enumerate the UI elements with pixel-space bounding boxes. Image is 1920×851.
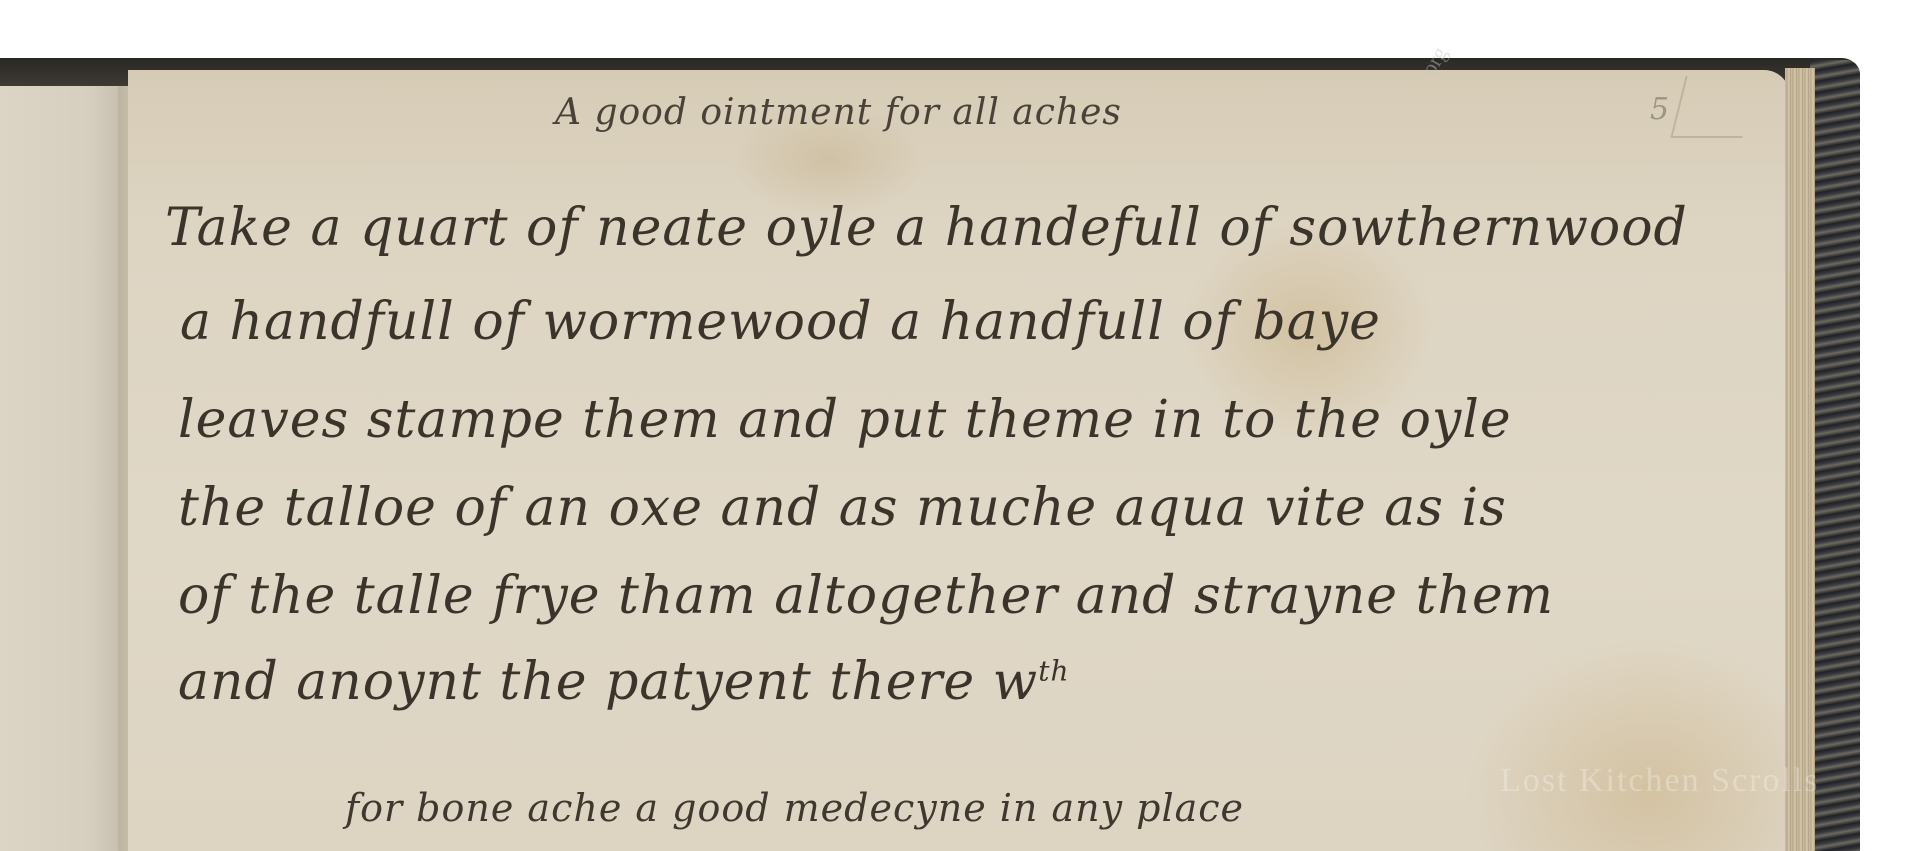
page-number: 5 bbox=[1650, 92, 1669, 127]
superscript-abbreviation: th bbox=[1038, 655, 1069, 688]
recipe-heading: A good ointment for all aches bbox=[555, 92, 1122, 133]
recipe-line-5: of the talle frye tham altogether and st… bbox=[178, 566, 1554, 626]
recipe-line-1: Take a quart of neate oyle a handefull o… bbox=[165, 198, 1688, 258]
page-block-edges bbox=[1785, 68, 1815, 851]
recipe-line-6-with: w bbox=[993, 652, 1039, 712]
manuscript-photo: 5 A good ointment for all aches Take a q… bbox=[0, 0, 1920, 851]
recipe-line-3: leaves stampe them and put theme in to t… bbox=[178, 390, 1512, 450]
book-binding-spine bbox=[1810, 60, 1860, 851]
recipe-line-2: a handfull of wormewood a handfull of ba… bbox=[180, 292, 1381, 352]
next-recipe-heading: for bone ache a good medecyne in any pla… bbox=[345, 786, 1244, 830]
recipe-line-6-text: and anoynt the patyent there bbox=[178, 652, 975, 712]
recipe-line-6: and anoynt the patyent there wth bbox=[178, 652, 1069, 712]
right-page-recto bbox=[128, 70, 1790, 851]
recipe-line-4: the talloe of an oxe and as muche aqua v… bbox=[178, 478, 1507, 538]
left-page-verso bbox=[0, 86, 128, 851]
watermark: Lost Kitchen Scrolls bbox=[1500, 762, 1820, 800]
